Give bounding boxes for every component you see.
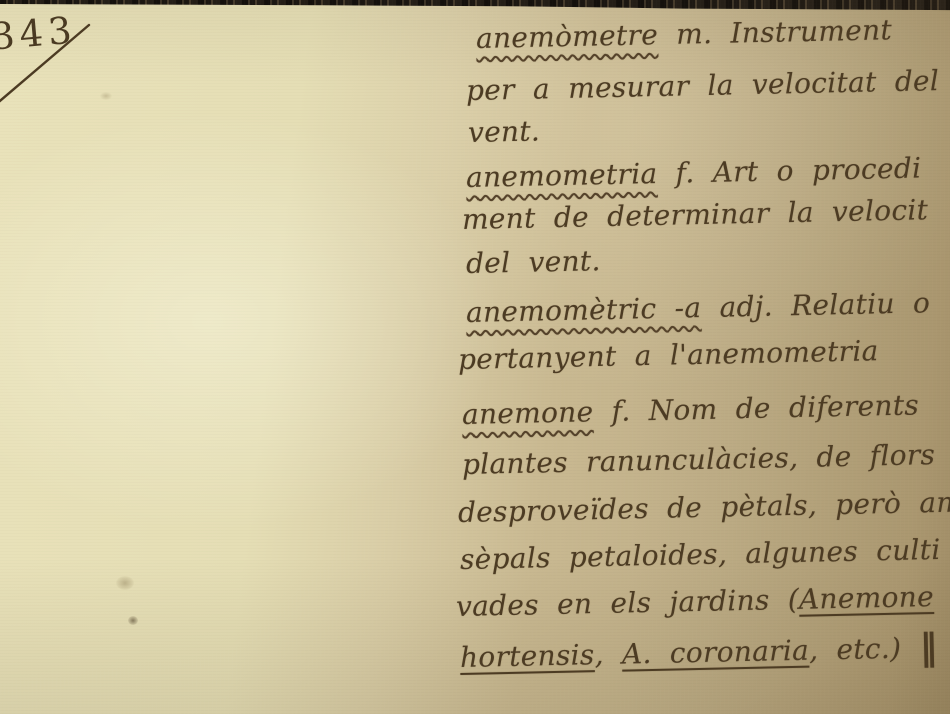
entry-line: hortensis, A. coronaria, etc.) ‖ xyxy=(460,626,937,678)
entry-text: ment de determinar la velocit xyxy=(462,193,929,236)
entry-text: del vent. xyxy=(466,244,601,280)
page-number: 343 xyxy=(0,8,78,58)
latin-species-name: A. coronaria xyxy=(622,634,810,671)
paper-stain xyxy=(128,616,138,625)
entry-line: plantes ranunculàcies, de flors xyxy=(462,438,936,481)
entry-line: pertanyent a l'anemometria xyxy=(458,334,879,376)
entry-text: f. Art o procedi xyxy=(657,151,922,190)
entry-line: anemometria f. Art o procedi xyxy=(466,151,922,194)
entry-text: sèpals petaloides, algunes culti xyxy=(460,533,941,576)
entry-line: sèpals petaloides, algunes culti xyxy=(460,533,941,576)
entry-text: , etc.) xyxy=(809,631,920,666)
entry-text: vades en els jardins ( xyxy=(456,583,800,623)
paper-stain xyxy=(100,92,112,100)
entry-line: vent. xyxy=(468,114,541,149)
entry-text: desproveïdes de pètals, però amb xyxy=(458,485,950,529)
paper-stain xyxy=(116,576,134,590)
entry-line: anemone f. Nom de diferents xyxy=(462,388,920,431)
entry-text: m. Instrument xyxy=(658,13,893,51)
entry-line: vades en els jardins (Anemone xyxy=(456,580,935,623)
entry-line: ment de determinar la velocit xyxy=(462,193,929,236)
latin-species-name: Anemone xyxy=(799,580,935,616)
entry-line: anemòmetre m. Instrument xyxy=(476,13,893,55)
entry-text: adj. Relatiu o xyxy=(701,286,930,324)
entry-headword: anemometria xyxy=(466,157,658,194)
entry-text: pertanyent a l'anemometria xyxy=(458,334,879,376)
scan-top-edge xyxy=(0,0,950,11)
entry-text: vent. xyxy=(468,114,541,149)
entry-line: anemomètric -a adj. Relatiu o xyxy=(466,286,931,329)
entry-end-mark: ‖ xyxy=(919,626,937,668)
entry-text: per a mesurar la velocitat del xyxy=(466,64,940,107)
entry-text: , xyxy=(594,638,622,672)
entry-headword: anemone xyxy=(462,395,594,431)
latin-species-name: hortensis xyxy=(460,638,595,674)
manuscript-page: 343 anemòmetre m. Instrument per a mesur… xyxy=(0,0,950,714)
entry-text: plantes ranunculàcies, de flors xyxy=(462,438,936,481)
entry-line: desproveïdes de pètals, però amb xyxy=(458,485,950,529)
entry-headword: anemomètric -a xyxy=(466,291,702,329)
entry-line: del vent. xyxy=(466,244,601,280)
entry-headword: anemòmetre xyxy=(476,18,659,55)
entry-line: per a mesurar la velocitat del xyxy=(466,64,940,107)
entry-text: f. Nom de diferents xyxy=(593,388,919,428)
